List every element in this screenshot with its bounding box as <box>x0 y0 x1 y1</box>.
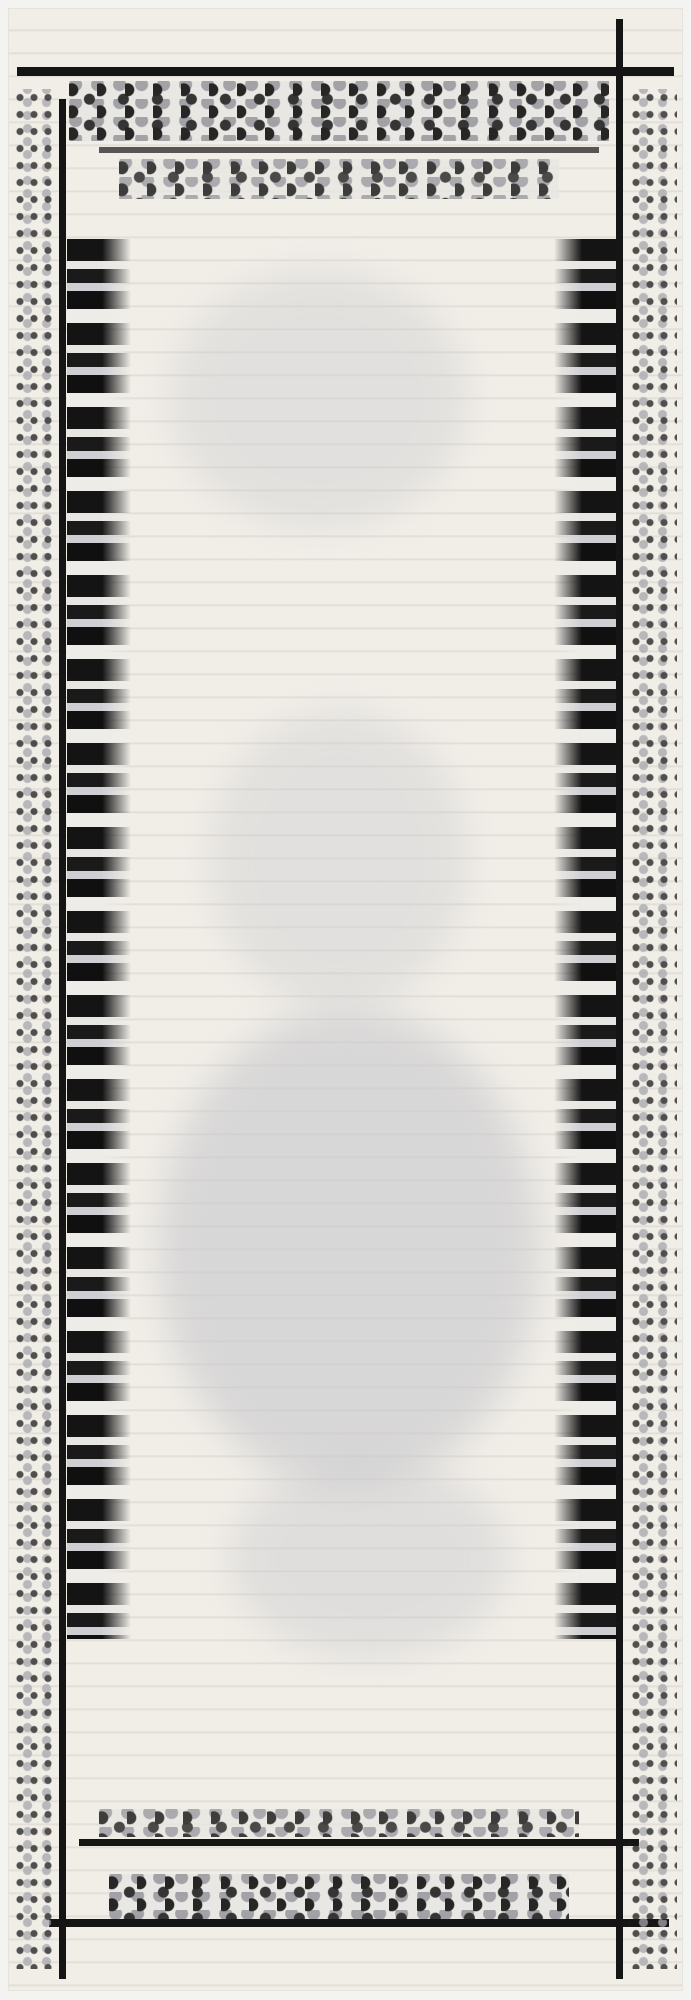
rug <box>9 9 682 1990</box>
right-brush-dashes <box>554 239 616 1639</box>
bottom-inner-line <box>79 1839 639 1846</box>
gray-mottle <box>169 269 469 529</box>
bottom-border-band <box>99 1809 579 1837</box>
bottom-border-band-2 <box>109 1874 569 1919</box>
gray-mottle <box>229 1459 509 1659</box>
top-border-band-2 <box>119 159 559 199</box>
frame-line-top <box>17 67 674 76</box>
frame-line-left <box>59 99 66 1979</box>
gray-mottle <box>159 1009 539 1489</box>
frame-line-bottom <box>49 1919 669 1927</box>
left-speckle <box>13 89 57 1969</box>
top-border-band <box>69 81 609 141</box>
right-speckle <box>629 89 677 1969</box>
gray-mottle <box>209 709 469 1009</box>
frame-line-right <box>616 19 623 1979</box>
top-inner-line <box>99 147 599 153</box>
left-brush-dashes <box>67 239 131 1639</box>
